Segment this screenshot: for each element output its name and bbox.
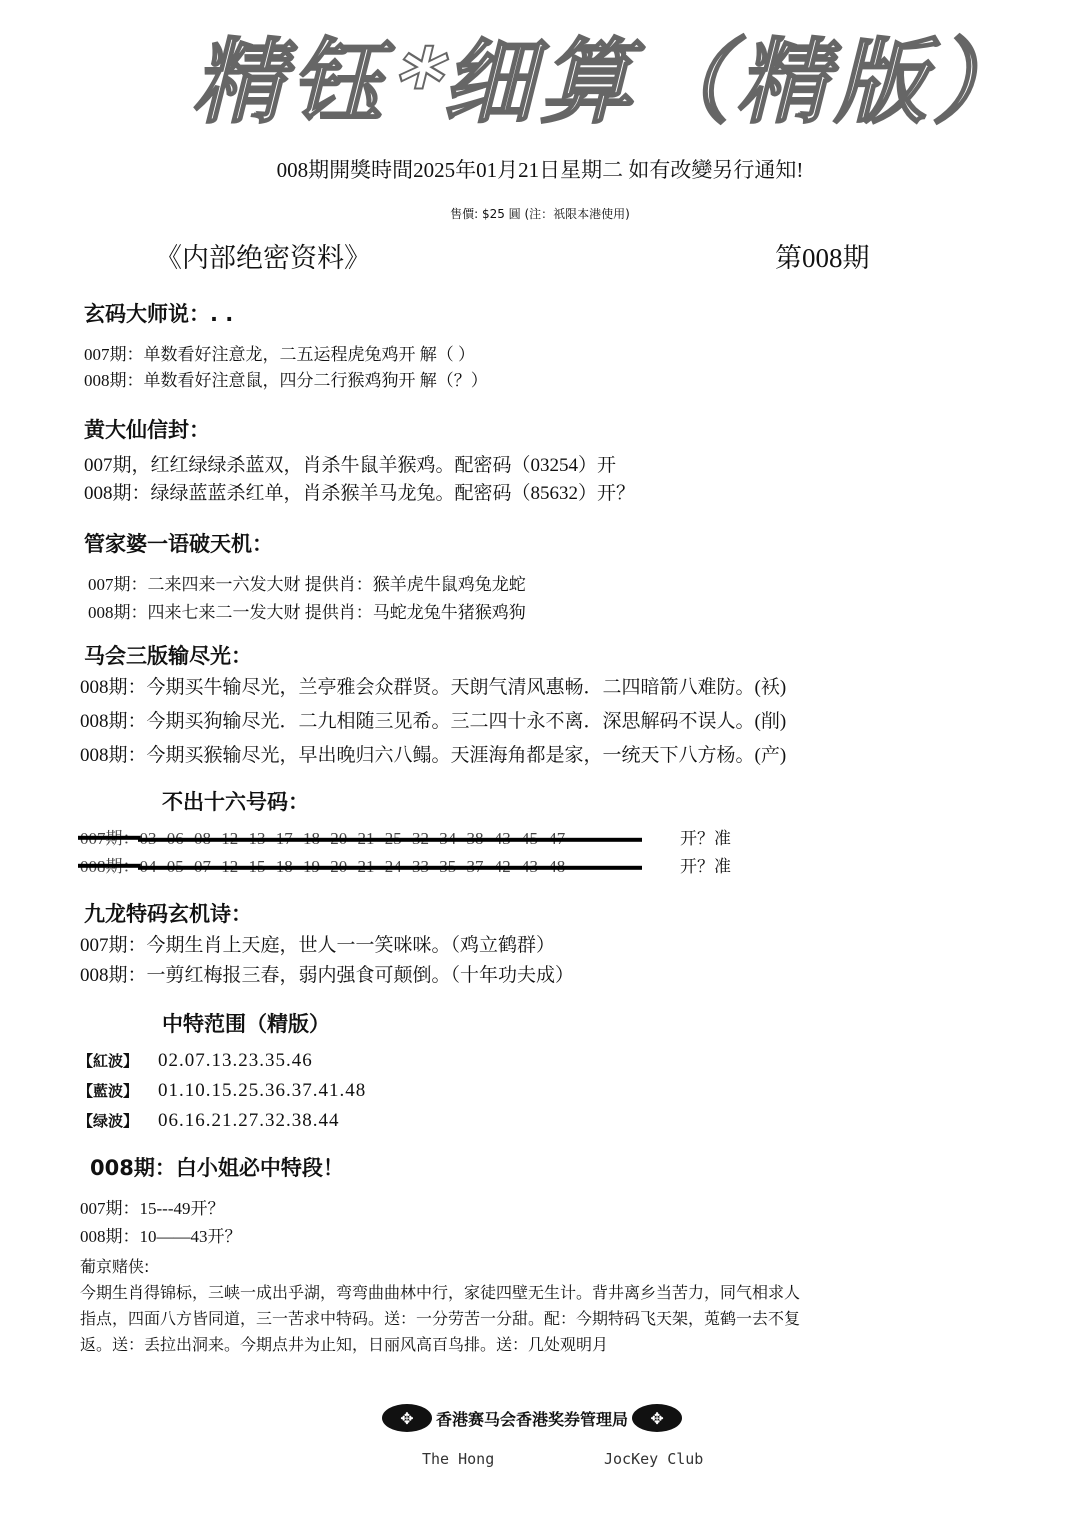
price-note: 售價: $25 圓 (注：祇限本港使用) [0,205,1080,222]
wave-row-blue: 【藍波】01.10.15.25.36.37.41.48 [78,1080,366,1102]
section-title-zhongte: 中特范围（精版） [162,1008,330,1038]
org-name: 香港赛马会香港奖券管理局 [436,1407,628,1430]
jockey-club-emblem-icon: ✥ [382,1404,432,1432]
wave-row-green: 【绿波】06.16.21.27.32.38.44 [78,1110,340,1132]
mahui-line: 008期：今期买猴输尽光，早出晚归六八鳎。天涯海角都是家，一统天下八方杨。(产) [80,740,786,767]
section-title-huangdaxian: 黄大仙信封： [84,414,210,444]
footer-org: ✥ 香港赛马会香港奖券管理局 ✥ [382,1404,682,1432]
excluded-period: 008期： [80,852,140,877]
excluded-mark: 开？准 [680,824,731,849]
footer-en-right: JocKey Club [604,1450,703,1468]
footer-en-left: The Hong [422,1450,494,1468]
mahui-line: 008期：今期买狗输尽光．二九相随三见希。三二四十永不离．深思解码不误人。(削) [80,706,786,733]
xuanma-line: 007期：单数看好注意龙，二五运程虎兔鸡开 解（ ） [84,340,475,365]
pujing-paragraph: 今期生肖得锦标，三峡一成出乎湖，弯弯曲曲林中行，家徒四壁无生计。背井离乡当苦力，… [80,1280,1030,1358]
guanjiapo-line: 008期：四来七来二一发大财 提供肖：马蛇龙兔牛猪猴鸡狗 [88,598,526,623]
guanjiapo-line: 007期：二来四来一六发大财 提供肖：猴羊虎牛鼠鸡兔龙蛇 [88,570,526,595]
section-title-jiulong: 九龙特码玄机诗： [84,898,252,928]
huangdaxian-line: 008期：绿绿蓝蓝杀红单，肖杀猴羊马龙兔。配密码（85632）开？ [84,478,635,505]
wave-label: 【紅波】 [78,1050,158,1071]
jockey-club-emblem-icon: ✥ [632,1404,682,1432]
draw-notice: 008期開獎時間2025年01月21日星期二 如有改變另行通知! [0,154,1080,184]
wave-numbers: 01.10.15.25.36.37.41.48 [158,1080,366,1101]
wave-label: 【藍波】 [78,1080,158,1101]
xuanma-line: 008期：单数看好注意鼠，四分二行猴鸡狗开 解（？） [84,366,488,391]
pujing-line: 返。送：丢拉出洞来。今期点井为止知，日丽风高百鸟排。送：几处观明月 [80,1332,1030,1358]
section-title-buchu16: 不出十六号码： [162,786,309,816]
jiulong-line: 007期：今期生肖上天庭，世人一一笑咪咪。（鸡立鹤群） [80,930,555,957]
pujing-line: 今期生肖得锦标，三峡一成出乎湖，弯弯曲曲林中行，家徒四壁无生计。背井离乡当苦力，… [80,1280,1030,1306]
wave-numbers: 06.16.21.27.32.38.44 [158,1110,340,1131]
huangdaxian-line: 007期，红红绿绿杀蓝双，肖杀牛鼠羊猴鸡。配密码（03254）开 [84,450,616,477]
banner-title: 精钰*细算（精版） [186,28,893,138]
wave-row-red: 【紅波】02.07.13.23.35.46 [78,1050,313,1072]
excluded-numbers: 04 05 07 12 15 18 19 20 21 24 33 35 37 4… [140,857,640,877]
baixiaojie-line: 008期：10——43开？ [80,1222,242,1247]
section-title-xuanma: 玄码大师说：. . [84,298,233,328]
excluded-mark: 开？准 [680,852,731,877]
wave-numbers: 02.07.13.23.35.46 [158,1050,313,1071]
section-title-baixiaojie: 008期：白小姐必中特段！ [90,1152,344,1182]
excluded-period: 007期： [80,824,140,849]
pujing-line: 指点，四面八方皆同道，三一苦求中特码。送：一分劳苦一分甜。配：今期特码飞天架，莵… [80,1306,1030,1332]
issue-number: 第008期 [775,236,870,275]
section-title-mahui: 马会三版输尽光： [84,640,252,670]
jiulong-line: 008期：一剪红梅报三春，弱内强食可颠倒。（十年功夫成） [80,960,574,987]
mahui-line: 008期：今期买牛输尽光，兰亭雅会众群贤。天朗气清风惠畅．二四暗箭八难防。(袄) [80,672,786,699]
excluded-numbers: 03 06 08 12 13 17 18 20 21 25 32 34 38 4… [140,829,640,849]
excluded-numbers-row: 007期：03 06 08 12 13 17 18 20 21 25 32 34… [80,824,640,849]
section-title-guanjiapo: 管家婆一语破天机： [84,528,273,558]
baixiaojie-line: 007期：15---49开？ [80,1194,224,1219]
wave-label: 【绿波】 [78,1110,158,1131]
excluded-numbers-row: 008期：04 05 07 12 15 18 19 20 21 24 33 35… [80,852,640,877]
section-title-pujing: 葡京赌侠: [80,1254,149,1277]
document-title: 《内部绝密资料》 [155,236,371,275]
